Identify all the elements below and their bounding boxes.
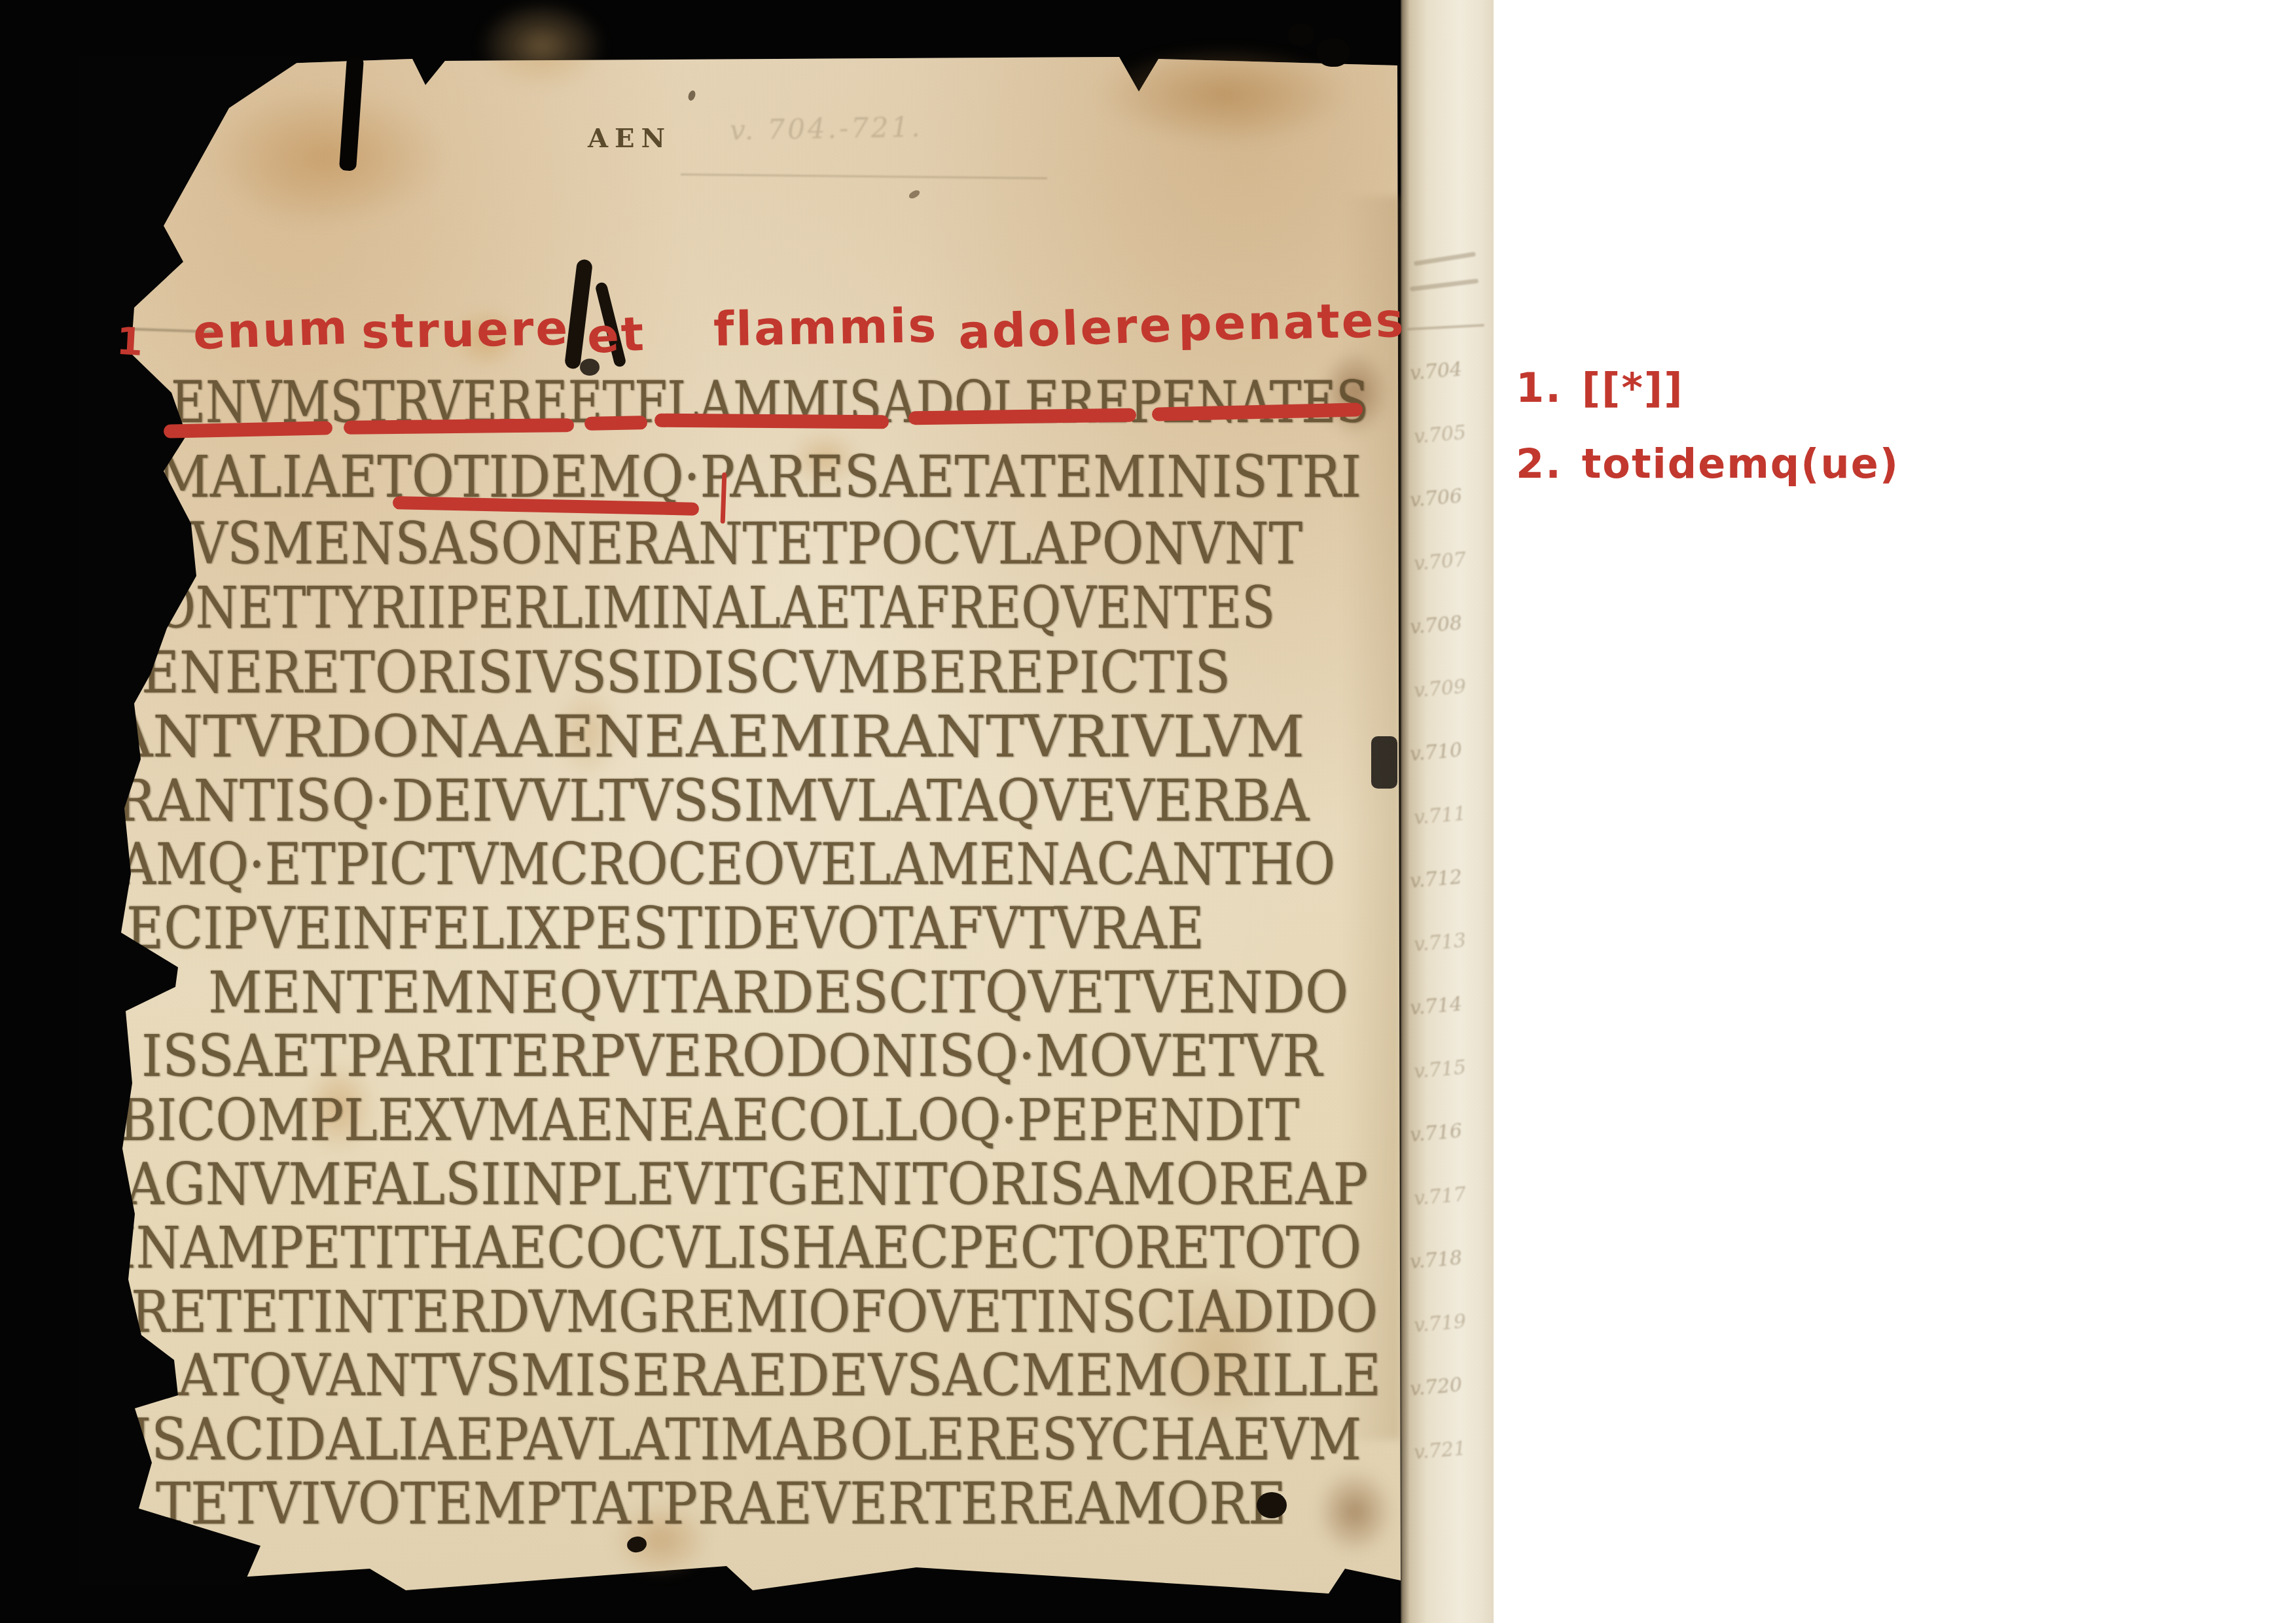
book-page-edge: v.704 v.705 v.706 v.707 v.708 v.709 v.71…	[1401, 0, 1494, 1623]
manuscript-line: RANTISQ·DEIVVLTVSSIMVLATAQVEVERBA	[116, 770, 1309, 832]
note-1: 1.[[*]]	[1516, 364, 1683, 412]
margin-verse-number: v.710	[1409, 739, 1463, 766]
manuscript-line: ISSAETPARITERPVERODONISQ·MOVETVR	[141, 1025, 1322, 1087]
manuscript-line: INAMPETITHAECOCVLISHAECPECTORETOTO	[116, 1217, 1361, 1279]
note-1-number: 1.	[1516, 364, 1562, 412]
margin-verse-number: v.716	[1409, 1120, 1463, 1147]
red-transcription-word: penates	[1177, 293, 1406, 351]
pencil-inscription: v. 704.-721.	[730, 111, 923, 146]
margin-scribble	[1407, 324, 1484, 330]
hole-blot	[1317, 38, 1350, 67]
manuscript-line: MENTEMNEQVITARDESCITQVETVENDO	[208, 961, 1348, 1024]
manuscript-line: ONETTYRIIPERLIMINALAETAFREQVENTES	[156, 577, 1275, 639]
margin-verse-number: v.711	[1413, 802, 1467, 830]
red-transcription-word: flammis	[713, 298, 939, 357]
margin-verse-number: v.721	[1413, 1437, 1467, 1465]
margin-verse-number: v.707	[1413, 548, 1467, 576]
annotated-manuscript-screenshot: v.704 v.705 v.706 v.707 v.708 v.709 v.71…	[0, 0, 2296, 1623]
margin-verse-number: v.712	[1409, 866, 1463, 893]
red-transcription-word: enum	[192, 300, 350, 360]
margin-verse-number: v.715	[1413, 1056, 1467, 1084]
red-underline-segment	[344, 418, 574, 435]
margin-verse-number: v.713	[1413, 929, 1467, 957]
manuscript-line: ISACIDALIAEPAVLATIMABOLERESYCHAEVM	[131, 1408, 1361, 1471]
margin-verse-number: v.719	[1413, 1310, 1467, 1338]
margin-verse-number: v.717	[1413, 1183, 1467, 1211]
manuscript-line: TETVIVOTEMPTATPRAEVERTEREAMORE	[156, 1472, 1286, 1535]
margin-verse-number: v.704	[1409, 358, 1463, 385]
margin-scribble	[1414, 252, 1476, 266]
red-transcription-word: adolere	[958, 297, 1174, 359]
margin-verse-number: v.714	[1409, 993, 1463, 1020]
red-marker-1: 1	[115, 319, 146, 365]
white-margin: 1.[[*]] 2.totidemq(ue)	[1494, 0, 2296, 1623]
note-2-number: 2.	[1516, 440, 1562, 488]
manuscript-line: ATQVANTVSMISERAEDEVSACMEMORILLE	[178, 1344, 1381, 1406]
note-2-text: totidemq(ue)	[1582, 440, 1899, 488]
margin-verse-number: v.709	[1413, 675, 1467, 703]
margin-verse-number: v.706	[1409, 485, 1463, 512]
margin-scribble	[1410, 279, 1479, 292]
red-transcription-word: struere	[361, 300, 570, 359]
red-underline-segment	[584, 416, 647, 431]
manuscript-line: AMQ·ETPICTVMCROCEOVELAMENACANTHO	[119, 833, 1335, 895]
margin-verse-number: v.705	[1413, 421, 1467, 449]
manuscript-line: ANTVRDONAAENEAEMIRANTVRIVLVM	[111, 705, 1304, 768]
manuscript-line: IBVSMENSASONERANTETPOCVLAPONVNT	[134, 512, 1302, 575]
manuscript-line: MALIAETOTIDEMQ·PARESAETATEMINISTRI	[157, 446, 1361, 508]
red-underline-segment	[655, 414, 889, 429]
hole-blot	[1288, 24, 1314, 46]
hole-blot	[1257, 1492, 1287, 1518]
margin-verse-number: v.718	[1409, 1247, 1463, 1274]
note-1-text: [[*]]	[1582, 364, 1684, 412]
manuscript-line: ECIPVEINFELIXPESTIDEVOTAFVTVRAE	[126, 897, 1204, 959]
page-heading-aen: AEN	[588, 123, 672, 154]
red-transcription-word: et	[586, 306, 647, 365]
manuscript-line: BICOMPLEXVMAENEAECOLLOQ·PEPENDIT	[119, 1089, 1299, 1151]
margin-verse-number: v.708	[1409, 612, 1463, 639]
note-2: 2.totidemq(ue)	[1516, 440, 1899, 488]
manuscript-line: AGNVMFALSIINPLEVITGENITORISAMOREAP	[126, 1153, 1368, 1215]
manuscript-photo: v.704 v.705 v.706 v.707 v.708 v.709 v.71…	[0, 0, 1494, 1623]
manuscript-line: RETETINTERDVMGREMIOFOVETINSCIADIDO	[131, 1281, 1378, 1343]
hole-blot	[1371, 736, 1397, 789]
manuscript-line: ENERETORISIVSSIDISCVMBEREPICTIS	[141, 641, 1230, 704]
margin-verse-number: v.720	[1409, 1374, 1463, 1401]
